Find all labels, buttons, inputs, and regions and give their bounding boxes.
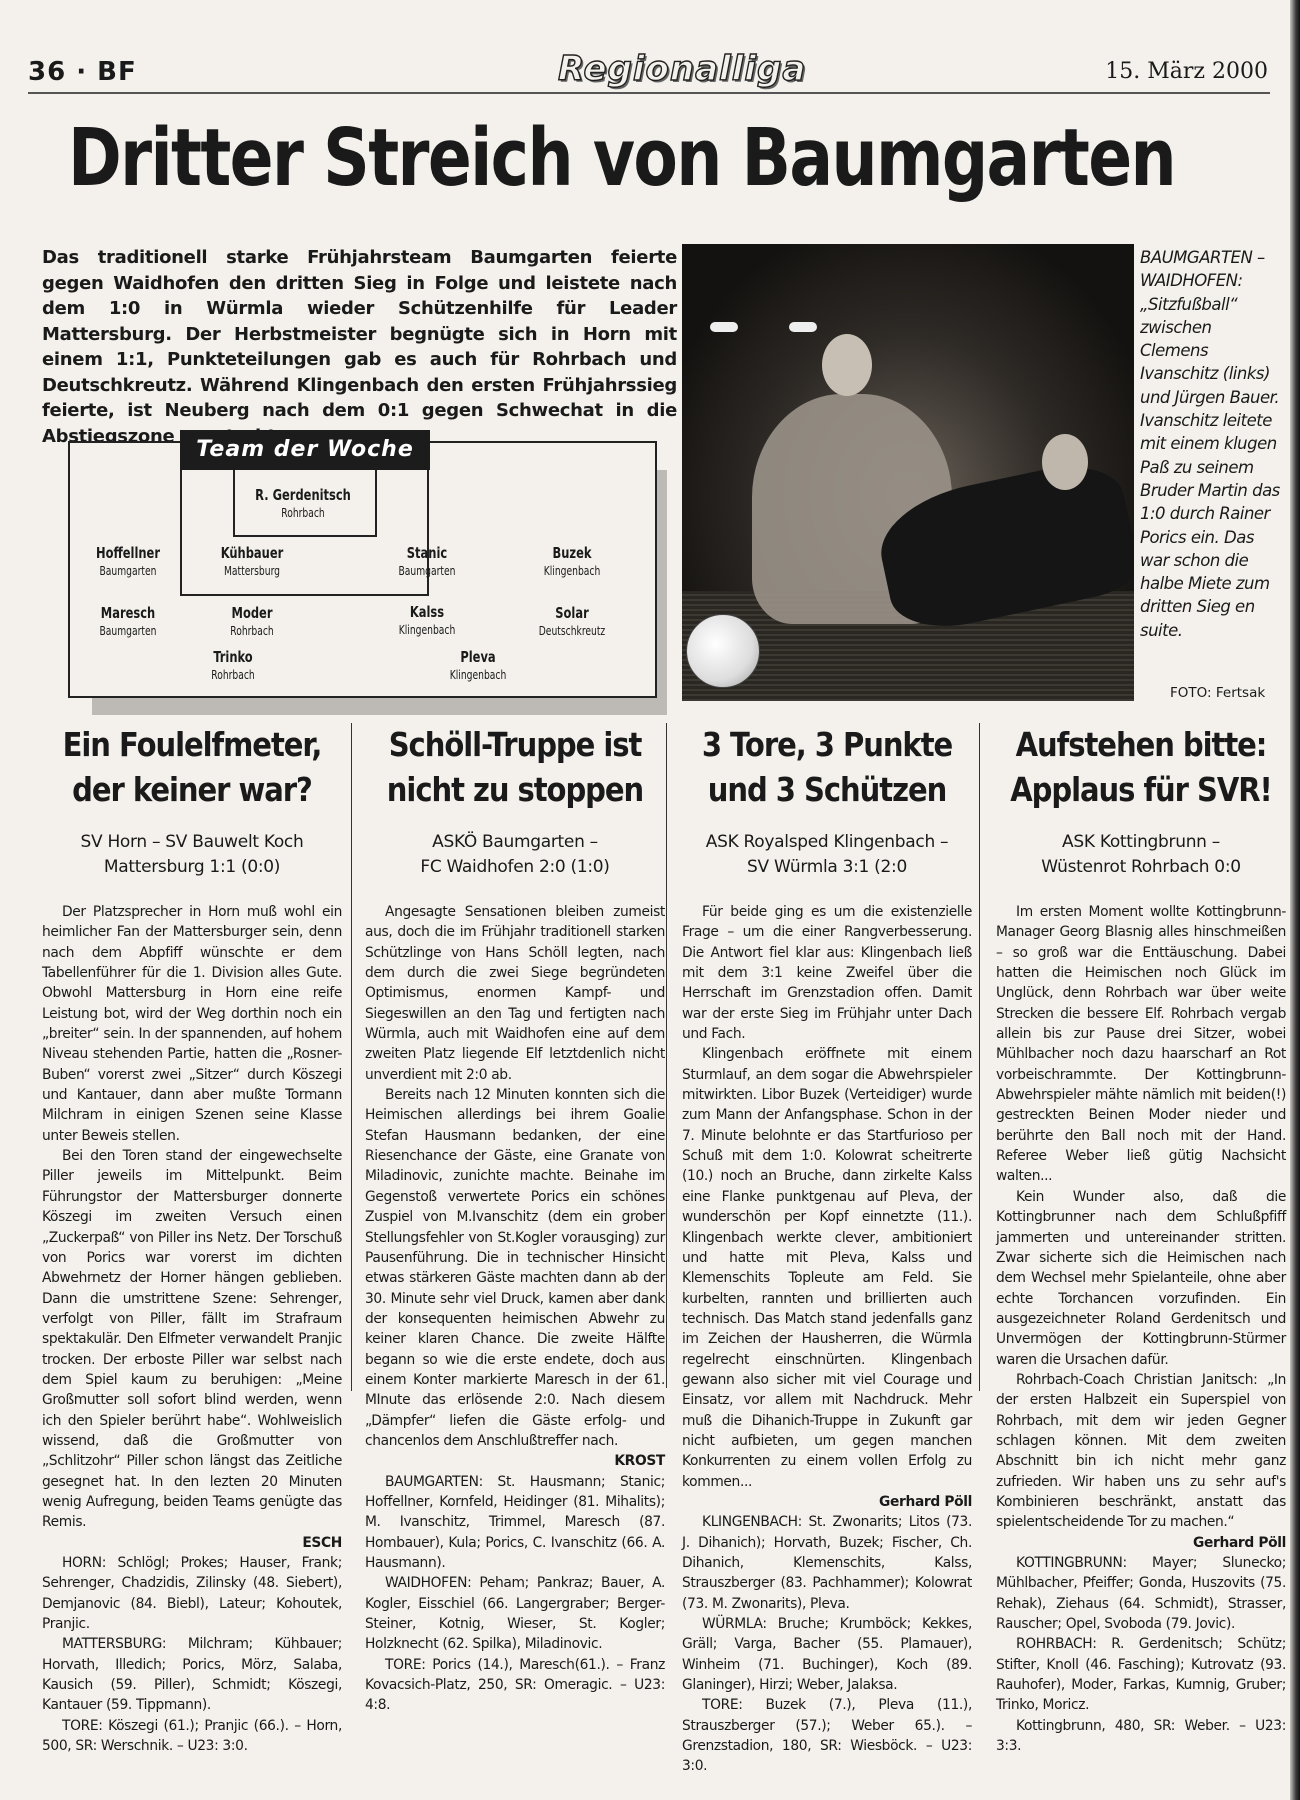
player-name: R. Gerdenitsch [244, 486, 363, 504]
lineup: BAUMGARTEN: St. Hausmann; Stanic; Hoffel… [365, 1472, 665, 1574]
match-score: FC Waidhofen 2:0 (1:0) [365, 855, 665, 880]
player-club: Deutschkreutz [513, 624, 632, 638]
match-result: ASK Kottingbrunn – Wüstenrot Rohrbach 0:… [996, 830, 1286, 880]
lineup: KLINGENBACH: St. Zwonarits; Litos (73. J… [682, 1512, 972, 1614]
player-club: Baumgarten [69, 624, 188, 638]
player-name: Stanic [368, 544, 487, 562]
article-baumgarten-waidhofen: Schöll-Truppe ist nicht zu stoppen ASKÖ … [365, 722, 665, 1716]
article-klingenbach-wuermla: 3 Tore, 3 Punkte und 3 Schützen ASK Roya… [682, 722, 972, 1777]
article-kottingbrunn-rohrbach: Aufstehen bitte: Applaus für SVR! ASK Ko… [996, 722, 1286, 1756]
match-score: Wüstenrot Rohrbach 0:0 [996, 855, 1286, 880]
article-body: Im ersten Moment wollte Kottingbrunn-Man… [996, 902, 1286, 1756]
player-name: Kühbauer [193, 544, 312, 562]
masthead-divider [28, 92, 1270, 94]
player-club: Rohrbach [244, 506, 363, 520]
goals-info: TORE: Porics (14.), Maresch(61.). – Fran… [365, 1655, 665, 1716]
player-club: Mattersburg [193, 564, 312, 578]
paragraph: Kein Wunder also, daß die Kottingbrunner… [996, 1187, 1286, 1370]
lineup: HORN: Schlögl; Prokes; Hauser, Frank; Se… [42, 1553, 342, 1634]
article-body: Angesagte Sensationen bleiben zumeist au… [365, 902, 665, 1716]
venue-info: Kottingbrunn, 480, SR: Weber. – U23: 3:3… [996, 1716, 1286, 1757]
article-headline: Ein Foulelfmeter, der keiner war? [42, 722, 341, 812]
main-headline: Dritter Streich von Baumgarten [68, 108, 1298, 208]
player-club: Rohrbach [193, 624, 312, 638]
player-club: Rohrbach [174, 668, 293, 682]
player-goalkeeper: R. Gerdenitsch Rohrbach [233, 486, 373, 520]
player: Pleva Klingenbach [408, 648, 548, 682]
player: Hoffellner Baumgarten [58, 544, 198, 578]
paragraph: Bei den Toren stand der eingewechselte P… [42, 1146, 342, 1533]
player: Trinko Rohrbach [163, 648, 303, 682]
author-byline: ESCH [42, 1533, 342, 1553]
player-name: Moder [193, 604, 312, 622]
page-number: 36 · BF [28, 57, 137, 87]
player-name: Kalss [368, 603, 487, 621]
masthead: 36 · BF Regionalliga 15. März 2000 [28, 55, 1268, 95]
player: Maresch Baumgarten [58, 604, 198, 638]
article-body: Für beide ging es um die existenzielle F… [682, 902, 972, 1777]
player: Moder Rohrbach [182, 604, 322, 638]
player-name: Solar [513, 604, 632, 622]
player: Buzek Klingenbach [502, 544, 642, 578]
lead-paragraph: Das traditionell starke Frühjahrsteam Ba… [42, 245, 677, 449]
author-byline: Gerhard Pöll [996, 1533, 1286, 1553]
issue-date: 15. März 2000 [1105, 59, 1268, 84]
player-club: Klingenbach [513, 564, 632, 578]
player-head-left [822, 334, 872, 396]
player-club: Klingenbach [419, 668, 538, 682]
page-edge-shadow [1290, 0, 1300, 1800]
lineup: WAIDHOFEN: Peham; Pankraz; Bauer, A. Kog… [365, 1573, 665, 1654]
player-name: Trinko [174, 648, 293, 666]
player-club: Baumgarten [368, 564, 487, 578]
lineup: ROHRBACH: R. Gerdenitsch; Schütz; Stifte… [996, 1634, 1286, 1715]
goals-info: TORE: Köszegi (61.); Pranjic (66.). – Ho… [42, 1716, 342, 1757]
paragraph: Rohrbach-Coach Christian Janitsch: „In d… [996, 1370, 1286, 1533]
match-result: ASKÖ Baumgarten – FC Waidhofen 2:0 (1:0) [365, 830, 665, 880]
paragraph: Im ersten Moment wollte Kottingbrunn-Man… [996, 902, 1286, 1187]
player-name: Maresch [69, 604, 188, 622]
player-club: Baumgarten [69, 564, 188, 578]
caption-text: „Sitzfußball“ zwischen Clemens Ivanschit… [1140, 295, 1280, 640]
team-of-the-week-title: Team der Woche [180, 430, 430, 470]
photo-caption: BAUMGARTEN – WAIDHOFEN: „Sitzfußball“ zw… [1140, 246, 1280, 642]
player-name: Hoffellner [69, 544, 188, 562]
match-teams: ASK Kottingbrunn – [996, 830, 1286, 855]
match-photo [682, 244, 1134, 701]
goals-info: TORE: Buzek (7.), Pleva (11.), Strauszbe… [682, 1695, 972, 1776]
author-byline: KROST [365, 1451, 665, 1471]
match-teams: SV Horn – SV Bauwelt Koch [42, 830, 342, 855]
player: Solar Deutschkreutz [502, 604, 642, 638]
column-divider [979, 723, 980, 1391]
match-score: SV Würmla 3:1 (2:0 [682, 855, 972, 880]
football-icon [686, 614, 760, 688]
match-teams: ASK Royalsped Klingenbach – [682, 830, 972, 855]
player-club: Klingenbach [368, 623, 487, 637]
article-headline: 3 Tore, 3 Punkte und 3 Schützen [682, 722, 972, 812]
floodlight-shape [789, 322, 817, 332]
match-result: SV Horn – SV Bauwelt Koch Mattersburg 1:… [42, 830, 342, 880]
player-head-right [1042, 434, 1088, 490]
player-name: Pleva [419, 648, 538, 666]
section-title: Regionalliga [558, 49, 806, 89]
photo-credit: FOTO: Fertsak [1170, 685, 1265, 701]
article-body: Der Platzsprecher in Horn muß wohl ein h… [42, 902, 342, 1756]
article-headline: Aufstehen bitte: Applaus für SVR! [996, 722, 1286, 812]
author-byline: Gerhard Pöll [682, 1492, 972, 1512]
caption-title: BAUMGARTEN – WAIDHOFEN: [1140, 246, 1280, 293]
player: Kalss Klingenbach [357, 603, 497, 637]
match-result: ASK Royalsped Klingenbach – SV Würmla 3:… [682, 830, 972, 880]
paragraph: Bereits nach 12 Minuten konnten sich die… [365, 1085, 665, 1451]
paragraph: Angesagte Sensationen bleiben zumeist au… [365, 902, 665, 1085]
lineup: MATTERSBURG: Milchram; Kühbauer; Horvath… [42, 1634, 342, 1715]
paragraph: Klingenbach eröffnete mit einem Sturmlau… [682, 1044, 972, 1492]
lineup: WÜRMLA: Bruche; Krumböck; Kekkes, Gräll;… [682, 1614, 972, 1695]
column-divider [666, 723, 667, 1388]
paragraph: Für beide ging es um die existenzielle F… [682, 902, 972, 1044]
player-name: Buzek [513, 544, 632, 562]
floodlight-shape [710, 322, 738, 332]
match-teams: ASKÖ Baumgarten – [365, 830, 665, 855]
match-score: Mattersburg 1:1 (0:0) [42, 855, 342, 880]
column-divider [351, 723, 352, 1391]
paragraph: Der Platzsprecher in Horn muß wohl ein h… [42, 902, 342, 1146]
article-horn-mattersburg: Ein Foulelfmeter, der keiner war? SV Hor… [42, 722, 342, 1756]
lineup: KOTTINGBRUNN: Mayer; Slunecko; Mühlbache… [996, 1553, 1286, 1634]
article-headline: Schöll-Truppe ist nicht zu stoppen [365, 722, 664, 812]
player: Kühbauer Mattersburg [182, 544, 322, 578]
player: Stanic Baumgarten [357, 544, 497, 578]
